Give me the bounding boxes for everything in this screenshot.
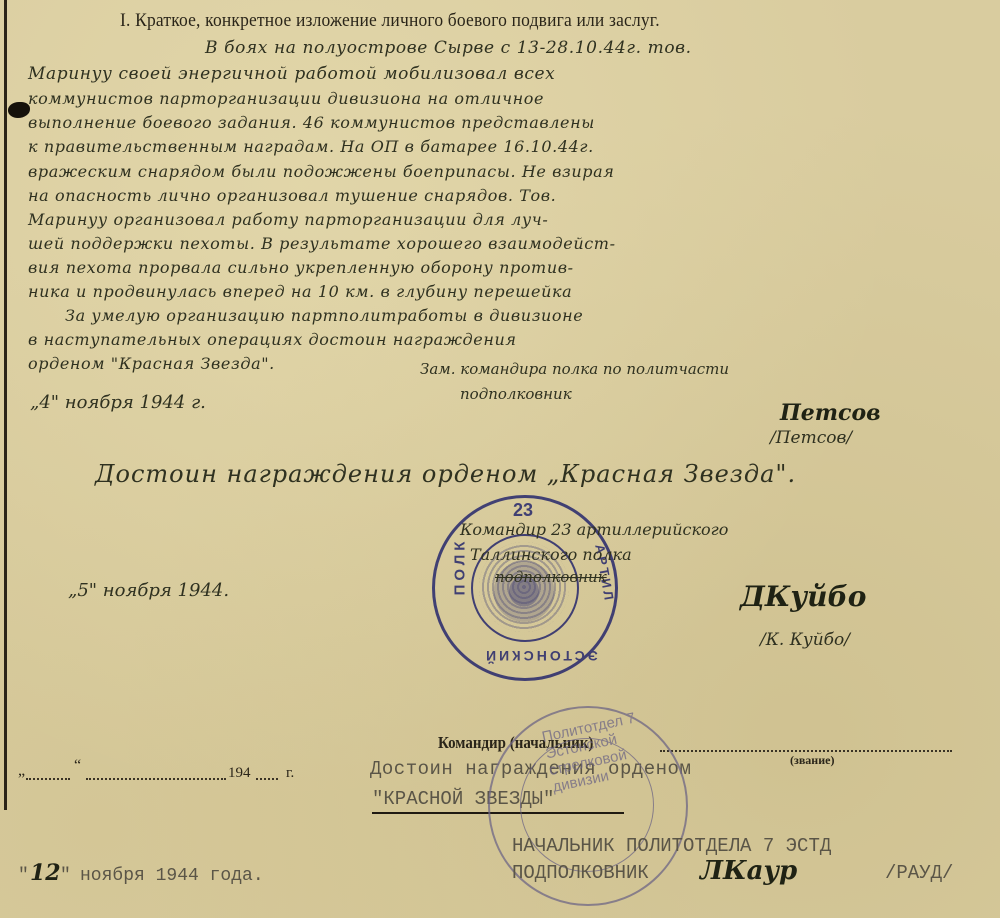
date-day-dotted <box>26 778 70 780</box>
final-name: /РАУД/ <box>885 862 953 884</box>
date-year-dotted <box>256 778 278 780</box>
first-signature: Петсов <box>780 400 881 426</box>
second-position-line2: Таллинского полка <box>470 545 632 564</box>
date-suffix: г. <box>286 765 294 782</box>
narrative-line: За умелую организацию партполитработы в … <box>65 306 583 325</box>
section-heading: I. Краткое, конкретное изложение личного… <box>120 10 660 32</box>
first-name: /Петсов/ <box>770 428 852 448</box>
left-margin-rule <box>4 0 7 810</box>
narrative-line: на опасность лично организовал тушение с… <box>28 186 556 205</box>
date-mid-quote: “ <box>74 757 81 775</box>
narrative-line: Маринуу организовал работу парторганизац… <box>28 210 548 229</box>
second-date: „5" ноября 1944. <box>68 580 229 601</box>
stamp-bottom-text: ЭСТОНСКИЙ <box>483 648 598 664</box>
narrative-line: вия пехота прорвала сильно укрепленную о… <box>28 258 574 277</box>
narrative-line: ника и продвинулась вперед на 10 км. в г… <box>28 282 572 301</box>
politotdel-stamp-text: Политотдел 7 Эстонской стрелковой дивизи… <box>540 700 691 796</box>
second-position-line3: подполковник <box>495 568 607 586</box>
second-position-line1: Командир 23 артиллерийского <box>460 520 728 539</box>
date-month-dotted <box>86 778 226 780</box>
narrative-line: В боях на полуострове Сырве с 13-28.10.4… <box>205 38 692 58</box>
narrative-line: Маринуу своей энергичной работой мобилиз… <box>28 64 555 84</box>
stamp-left-text: ПОЛК <box>451 538 468 596</box>
final-signature: ЛКаур <box>700 856 797 886</box>
date-open-quote: „ <box>18 762 25 780</box>
ink-blot <box>8 102 30 118</box>
narrative-line: выполнение боевого задания. 46 коммунист… <box>28 113 595 132</box>
stamp-number: 23 <box>513 500 533 521</box>
handwritten-resolution: Достоин награждения орденом „Красная Зве… <box>95 460 796 488</box>
narrative-line: орденом "Красная Звезда". <box>28 354 275 373</box>
final-date-open: " <box>18 866 29 886</box>
second-name: /К. Куйбо/ <box>760 630 850 650</box>
narrative-line: шей поддержки пехоты. В результате хорош… <box>28 234 616 253</box>
first-position-line1: Зам. командира полка по политчасти <box>420 360 729 378</box>
second-signature: ДКуйбо <box>740 580 866 613</box>
final-position-line2: ПОДПОЛКОВНИК <box>512 862 649 884</box>
final-date-close: " <box>60 866 71 886</box>
first-position-line2: подполковник <box>460 385 572 403</box>
date-year-prefix: 194 <box>228 765 251 782</box>
final-date-day: 12 <box>30 860 61 886</box>
first-date: „4" ноября 1944 г. <box>30 392 206 413</box>
narrative-line: вражеским снарядом были подожжены боепри… <box>28 162 614 181</box>
final-position-line1: НАЧАЛЬНИК ПОЛИТОТДЕЛА 7 ЭСТД <box>512 835 831 857</box>
rank-dotted-line <box>660 750 952 752</box>
rank-caption: (звание) <box>790 753 834 768</box>
narrative-line: к правительственным наградам. На ОП в ба… <box>28 137 594 156</box>
narrative-line: коммунистов парторганизации дивизиона на… <box>28 89 544 108</box>
faint-ghost-text <box>330 655 338 670</box>
narrative-line: в наступательных операциях достоин награ… <box>28 330 517 349</box>
final-date-rest: ноября 1944 года. <box>80 866 264 886</box>
